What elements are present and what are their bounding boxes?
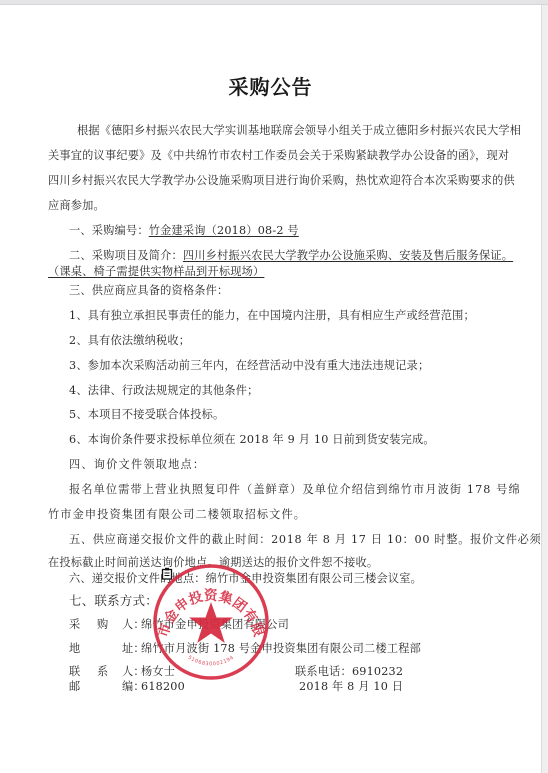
intro-line-3: 四川乡村振兴农民大学教学办公设施采购项目进行询价采购，热忱欢迎符合本次采购要求的… bbox=[48, 174, 515, 188]
deadline-line-1: 五、供应商递交报价文件的截止时间：2018 年 8 月 17 日 10：00 时… bbox=[69, 533, 541, 547]
project-description: 四川乡村振兴农民大学教学办公设施采购、安装及售后服务保证。 bbox=[183, 249, 513, 262]
project-label: 二、采购项目及简介： bbox=[69, 249, 183, 262]
qualification-item: 3、参加本次采购活动前三年内，在经营活动中没有重大违法违规记录； bbox=[69, 359, 429, 373]
phone-label: 联系电话： bbox=[295, 665, 352, 678]
official-seal-stamp: 绵竹市金申投资集团有限公司 5106830002194 bbox=[150, 562, 272, 682]
label-char: 联 bbox=[69, 665, 80, 679]
qualification-item: 5、本项目不接受联合体投标。 bbox=[69, 408, 224, 422]
scrollbar[interactable] bbox=[542, 5, 548, 773]
annotation-clipboard-icon[interactable] bbox=[161, 567, 174, 580]
seal-star-icon bbox=[189, 602, 233, 643]
contact-heading: 七、联系方式： bbox=[69, 594, 158, 608]
svg-text:5106830002194: 5106830002194 bbox=[187, 655, 236, 668]
pickup-location-line-1: 报名单位需带上营业执照复印件（盖鲜章）及单位介绍信到绵竹市月波街 178 号绵 bbox=[69, 483, 521, 497]
procurement-number-label: 一、采购编号： bbox=[69, 224, 149, 237]
phone-group: 联系电话：6910232 bbox=[295, 665, 403, 679]
label-char: 采 bbox=[69, 618, 80, 632]
qualification-heading: 三、供应商应具备的资格条件： bbox=[69, 284, 228, 298]
label-char: 系 bbox=[97, 665, 108, 679]
page-title: 采购公告 bbox=[0, 71, 541, 100]
postcode-value: 618200 bbox=[141, 680, 185, 694]
seal-number: 5106830002194 bbox=[187, 655, 236, 668]
intro-line-4: 应商参加。 bbox=[48, 199, 105, 213]
qualification-item: 4、法律、行政法规规定的其他条件； bbox=[69, 384, 259, 398]
pickup-location-line-2: 竹市金申投资集团有限公司二楼领取招标文件。 bbox=[48, 508, 306, 522]
phone-value: 6910232 bbox=[352, 665, 403, 678]
section-1: 一、采购编号：竹金建采询（2018）08-2 号 bbox=[69, 224, 299, 238]
label-char: 购 bbox=[97, 618, 108, 632]
label-char: 邮 bbox=[69, 680, 80, 694]
procurement-number: 竹金建采询（2018）08-2 号 bbox=[149, 224, 299, 237]
intro-line-2: 关事宜的议事纪要》及《中共绵竹市农村工作委员会关于采购紧缺教学办公设备的函》，现… bbox=[48, 149, 509, 163]
qualification-item: 1、具有独立承担民事责任的能力，在中国境内注册，具有相应生产或经营范围； bbox=[69, 309, 475, 323]
notice-date: 2018 年 8 月 10 日 bbox=[299, 680, 403, 694]
intro-line-1: 根据《德阳乡村振兴农民大学实训基地联席会领导小组关于成立德阳乡村振兴农民大学相 bbox=[77, 124, 521, 138]
project-description-line-2: （课桌、椅子需提供实物样品到开标现场） bbox=[48, 265, 264, 279]
section-2: 二、采购项目及简介：四川乡村振兴农民大学教学办公设施采购、安装及售后服务保证。 bbox=[69, 249, 513, 263]
label-char: 地 bbox=[69, 642, 80, 656]
document-page: 采购公告 根据《德阳乡村振兴农民大学实训基地联席会领导小组关于成立德阳乡村振兴农… bbox=[0, 5, 542, 773]
qualification-item: 6、本询价条件要求投标单位须在 2018 年 9 月 10 日前到货安装完成。 bbox=[69, 433, 435, 447]
pickup-location-heading: 四、询价文件领取地点： bbox=[69, 458, 205, 472]
qualification-item: 2、具有依法缴纳税收； bbox=[69, 334, 190, 348]
